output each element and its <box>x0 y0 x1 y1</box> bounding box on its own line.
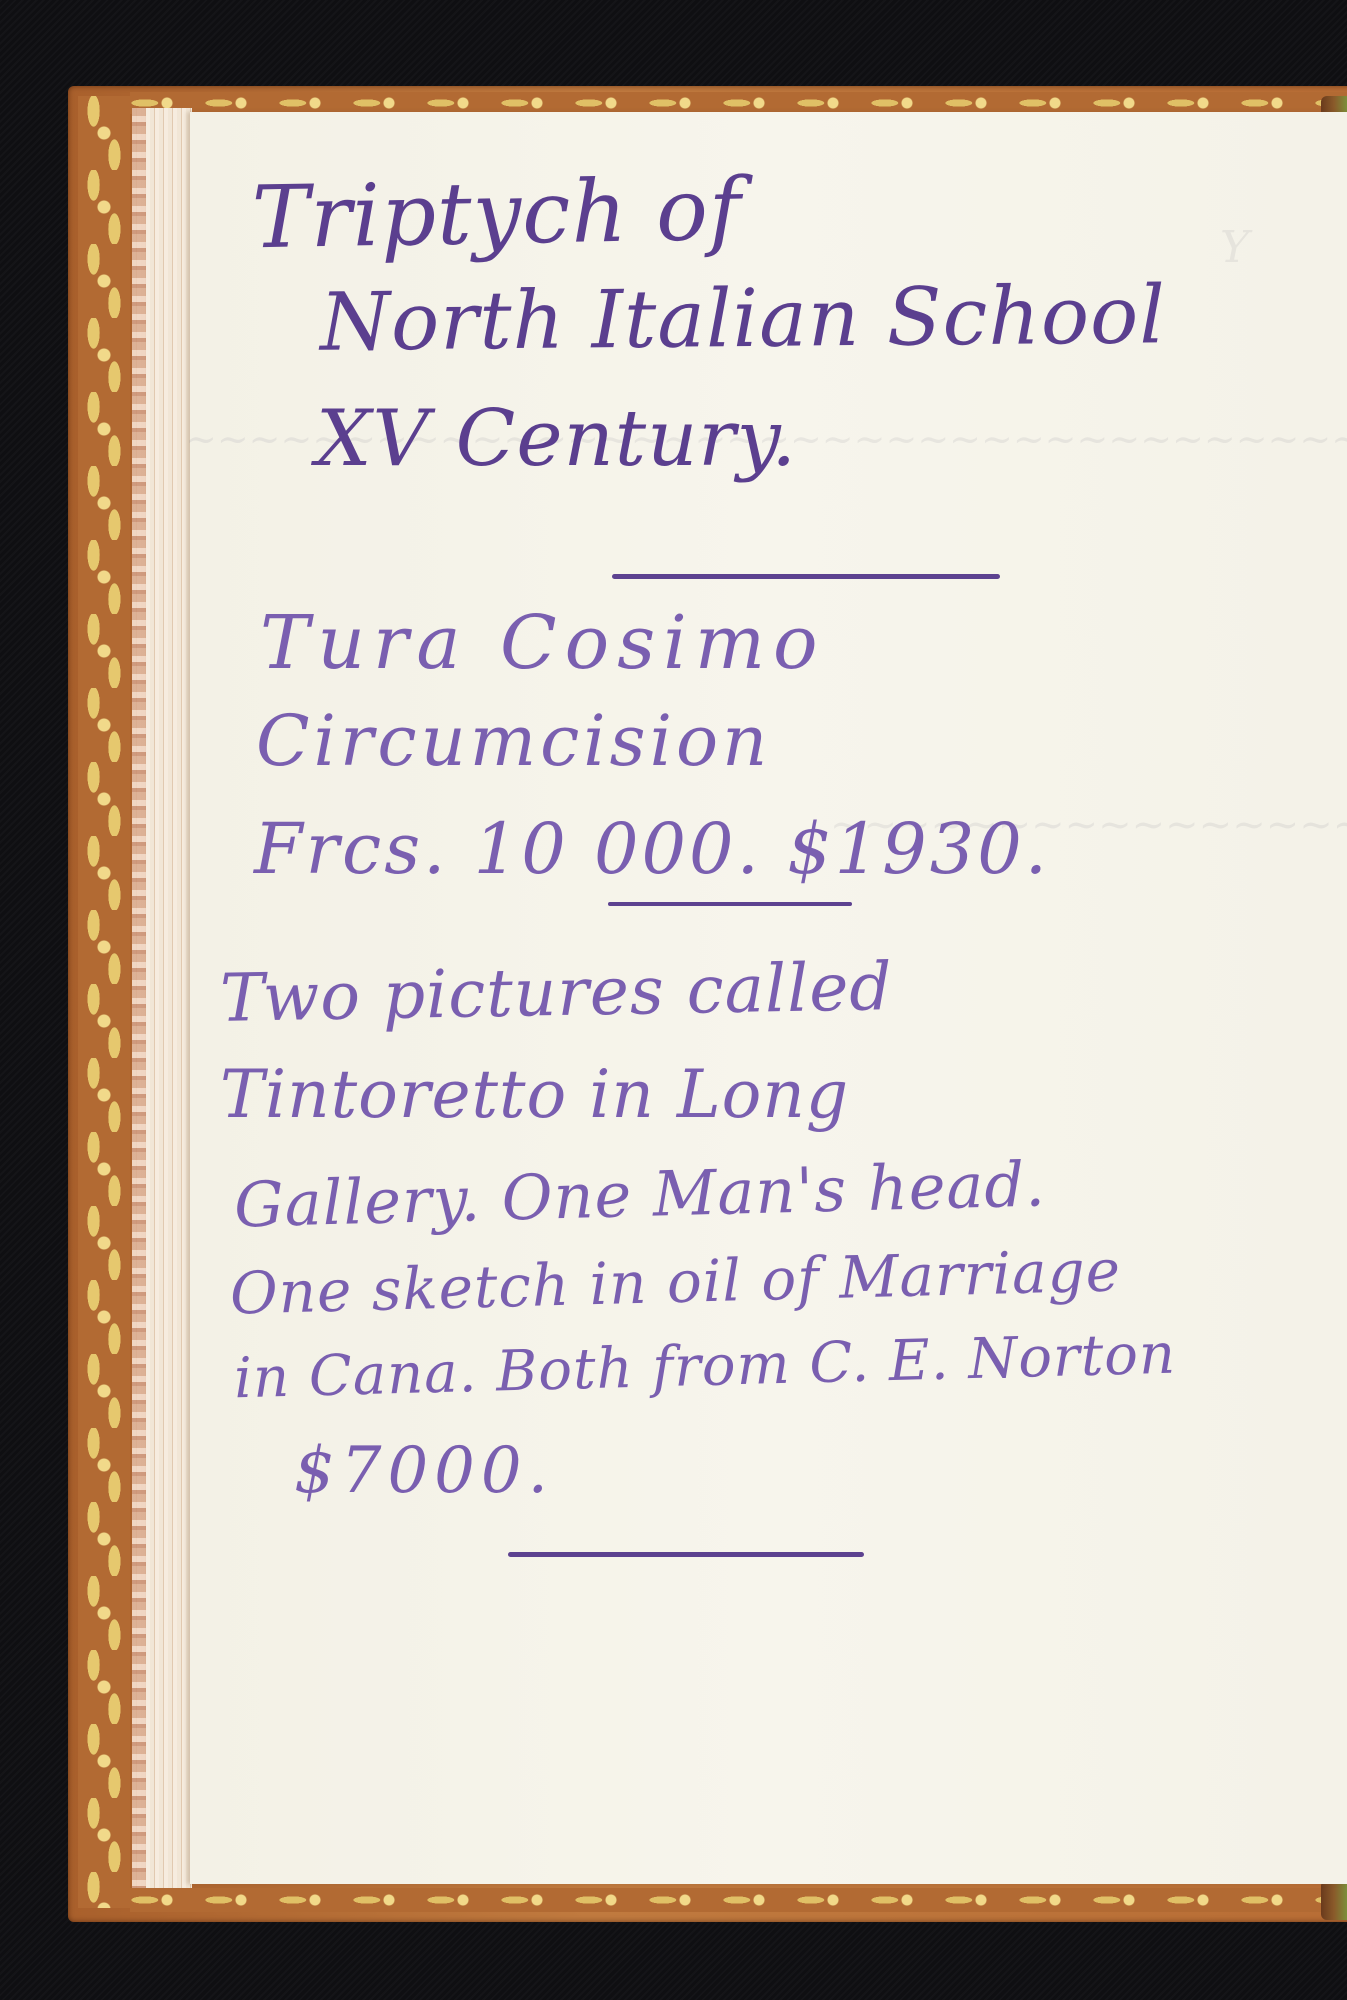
entry-1-line-1: Triptych of <box>251 160 742 269</box>
entry-2-line-3: Frcs. 10 000. $1930. <box>254 808 1050 890</box>
divider-rule <box>508 1552 864 1557</box>
entry-1-line-3: XV Century. <box>316 394 797 484</box>
entry-3-line-2: Tintoretto in Long <box>220 1056 849 1133</box>
entry-3-line-5: in Cana. Both from C. E. Norton <box>233 1322 1177 1412</box>
gilt-floral-border-left <box>78 96 130 1908</box>
gilt-floral-border-bottom <box>130 1888 1347 1912</box>
gilt-floral-border-top <box>130 92 1347 114</box>
entry-3-line-4: One sketch in oil of Marriage <box>229 1236 1122 1327</box>
divider-rule <box>612 574 1000 579</box>
entry-3-line-1: Two pictures called <box>219 948 893 1037</box>
divider-rule <box>608 902 852 906</box>
entry-3-line-3: Gallery. One Man's head. <box>233 1147 1046 1241</box>
ribbon-tab-bottom <box>1321 1880 1347 1920</box>
entry-2-line-2: Circumcision <box>256 700 771 782</box>
entry-2-line-1: Tura Cosimo <box>260 600 826 686</box>
entry-3-line-6: $7000. <box>294 1434 554 1508</box>
marbled-endpaper-strip <box>132 108 146 1888</box>
entry-1-line-2: North Italian School <box>320 268 1167 368</box>
notebook-page: Y ~~~~~~~~~~~~~~~~~~~~~~~~~~~~~~~~~~~~~~… <box>190 112 1347 1884</box>
show-through-mark: Y <box>1220 222 1249 273</box>
